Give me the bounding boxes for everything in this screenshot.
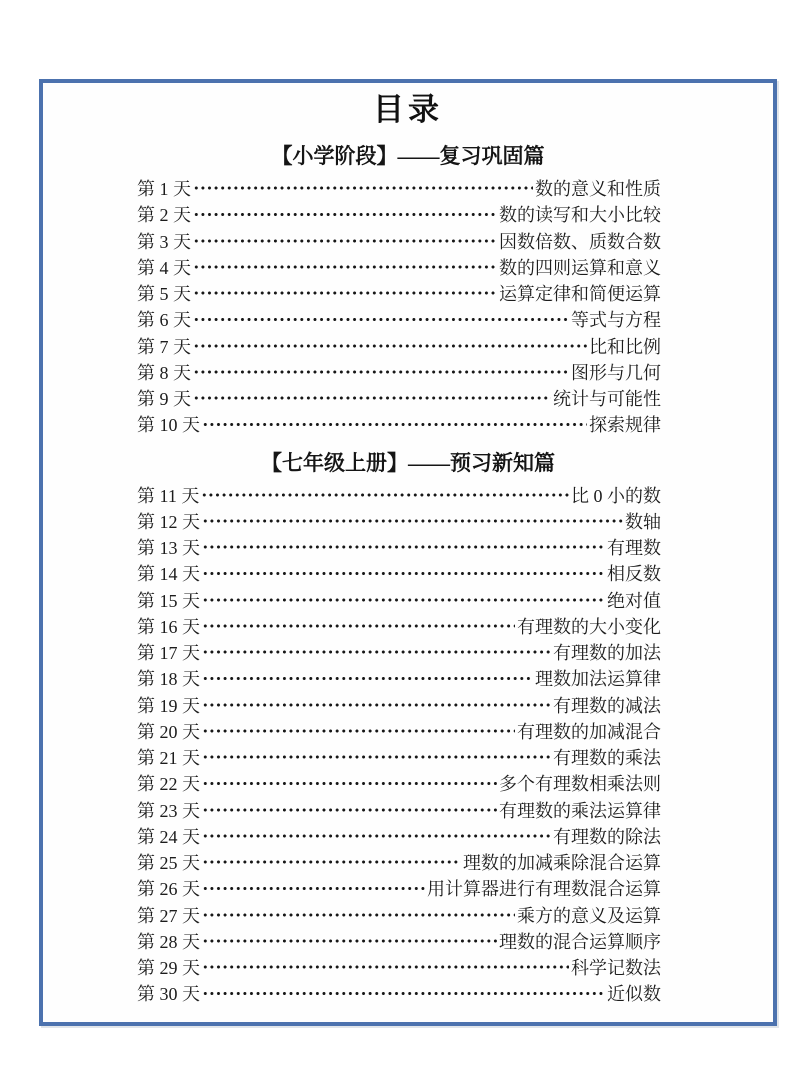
toc-content: 目录 【小学阶段】——复习巩固篇 第 1 天 数的意义和性质 第 2 天 数的读… — [43, 83, 773, 1007]
dot-leader — [202, 665, 533, 691]
toc-entry-day: 第 27 天 — [137, 902, 200, 928]
toc-entry-title: 近似数 — [607, 980, 661, 1006]
toc-entry-day: 第 23 天 — [137, 797, 200, 823]
toc-entry-day: 第 6 天 — [137, 306, 191, 332]
dot-leader — [201, 482, 569, 508]
dot-leader — [193, 359, 569, 385]
toc-entry: 第 2 天 数的读写和大小比较 — [137, 201, 661, 227]
toc-entry-title: 有理数的乘法 — [553, 744, 661, 770]
toc-entry: 第 18 天 理数加法运算律 — [137, 665, 661, 691]
toc-entry-day: 第 13 天 — [137, 534, 200, 560]
section-heading: 【小学阶段】——复习巩固篇 — [43, 141, 773, 171]
dot-leader — [193, 306, 569, 332]
toc-entry-day: 第 2 天 — [137, 201, 191, 227]
toc-entry-day: 第 3 天 — [137, 228, 191, 254]
toc-entry-title: 乘方的意义及运算 — [517, 902, 661, 928]
toc-entry: 第 14 天 相反数 — [137, 560, 661, 586]
toc-entry-title: 探索规律 — [589, 411, 661, 437]
toc-document: 目录 【小学阶段】——复习巩固篇 第 1 天 数的意义和性质 第 2 天 数的读… — [39, 79, 777, 1026]
toc-entry-day: 第 11 天 — [137, 482, 199, 508]
toc-entry-title: 理数的加减乘除混合运算 — [463, 849, 661, 875]
dot-leader — [202, 639, 551, 665]
toc-entry-title: 有理数的乘法运算律 — [499, 797, 661, 823]
toc-entry: 第 5 天 运算定律和简便运算 — [137, 280, 661, 306]
toc-entry: 第 22 天 多个有理数相乘法则 — [137, 770, 661, 796]
toc-entry-title: 图形与几何 — [571, 359, 661, 385]
dot-leader — [202, 411, 587, 437]
dot-leader — [193, 175, 533, 201]
section-heading: 【七年级上册】——预习新知篇 — [43, 448, 773, 478]
dot-leader — [202, 508, 623, 534]
toc-entry-day: 第 20 天 — [137, 718, 200, 744]
dot-leader — [202, 770, 497, 796]
toc-entry-day: 第 19 天 — [137, 692, 200, 718]
dot-leader — [202, 954, 569, 980]
toc-entry: 第 11 天 比 0 小的数 — [137, 482, 661, 508]
toc-entry-day: 第 16 天 — [137, 613, 200, 639]
dot-leader — [202, 980, 605, 1006]
toc-entry-title: 比 0 小的数 — [571, 482, 661, 508]
toc-entry-day: 第 18 天 — [137, 665, 200, 691]
toc-entry-title: 数的读写和大小比较 — [499, 201, 661, 227]
dot-leader — [193, 254, 497, 280]
toc-entry: 第 6 天 等式与方程 — [137, 306, 661, 332]
toc-entry: 第 16 天 有理数的大小变化 — [137, 613, 661, 639]
toc-entry-title: 有理数的减法 — [553, 692, 661, 718]
dot-leader — [202, 613, 515, 639]
toc-entry-day: 第 22 天 — [137, 770, 200, 796]
toc-entry: 第 3 天 因数倍数、质数合数 — [137, 228, 661, 254]
toc-entry-day: 第 12 天 — [137, 508, 200, 534]
dot-leader — [202, 692, 551, 718]
dot-leader — [193, 385, 551, 411]
toc-entry-title: 理数加法运算律 — [535, 665, 661, 691]
toc-entry-title: 理数的混合运算顺序 — [499, 928, 661, 954]
toc-entry: 第 27 天 乘方的意义及运算 — [137, 902, 661, 928]
toc-entry-day: 第 4 天 — [137, 254, 191, 280]
toc-entry-title: 数的四则运算和意义 — [499, 254, 661, 280]
toc-entry-title: 数轴 — [625, 508, 661, 534]
dot-leader — [193, 201, 497, 227]
toc-entry-day: 第 25 天 — [137, 849, 200, 875]
toc-entry-title: 运算定律和简便运算 — [499, 280, 661, 306]
toc-entry-day: 第 9 天 — [137, 385, 191, 411]
toc-entry-title: 因数倍数、质数合数 — [499, 228, 661, 254]
toc-entry: 第 9 天 统计与可能性 — [137, 385, 661, 411]
page-title: 目录 — [43, 89, 773, 131]
toc-entry-day: 第 5 天 — [137, 280, 191, 306]
toc-entry-title: 数的意义和性质 — [535, 175, 661, 201]
toc-entry-title: 多个有理数相乘法则 — [499, 770, 661, 796]
toc-entry-title: 等式与方程 — [571, 306, 661, 332]
toc-entry-title: 相反数 — [607, 560, 661, 586]
toc-entry: 第 26 天 用计算器进行有理数混合运算 — [137, 875, 661, 901]
dot-leader — [202, 849, 461, 875]
toc-entry-day: 第 8 天 — [137, 359, 191, 385]
dot-leader — [202, 744, 551, 770]
section-entries: 第 1 天 数的意义和性质 第 2 天 数的读写和大小比较 第 3 天 因数倍数… — [137, 175, 661, 438]
toc-entry-day: 第 26 天 — [137, 875, 200, 901]
toc-entry: 第 17 天 有理数的加法 — [137, 639, 661, 665]
toc-entry-day: 第 7 天 — [137, 333, 191, 359]
toc-entry-day: 第 1 天 — [137, 175, 191, 201]
toc-entry-title: 有理数的除法 — [553, 823, 661, 849]
toc-entry-title: 有理数的加减混合 — [517, 718, 661, 744]
toc-entry: 第 4 天 数的四则运算和意义 — [137, 254, 661, 280]
dot-leader — [202, 797, 497, 823]
dot-leader — [202, 534, 605, 560]
toc-entry: 第 30 天 近似数 — [137, 980, 661, 1006]
toc-entry: 第 10 天 探索规律 — [137, 411, 661, 437]
dot-leader — [193, 280, 497, 306]
toc-section: 【七年级上册】——预习新知篇 第 11 天 比 0 小的数 第 12 天 数轴 … — [43, 448, 773, 1007]
toc-entry: 第 1 天 数的意义和性质 — [137, 175, 661, 201]
toc-entry-day: 第 17 天 — [137, 639, 200, 665]
toc-entry-day: 第 10 天 — [137, 411, 200, 437]
toc-entry: 第 12 天 数轴 — [137, 508, 661, 534]
dot-leader — [202, 823, 551, 849]
toc-entry: 第 13 天 有理数 — [137, 534, 661, 560]
toc-entry: 第 29 天 科学记数法 — [137, 954, 661, 980]
toc-entry-title: 绝对值 — [607, 587, 661, 613]
toc-entry-day: 第 15 天 — [137, 587, 200, 613]
toc-entry: 第 15 天 绝对值 — [137, 587, 661, 613]
toc-entry: 第 25 天 理数的加减乘除混合运算 — [137, 849, 661, 875]
toc-section: 【小学阶段】——复习巩固篇 第 1 天 数的意义和性质 第 2 天 数的读写和大… — [43, 141, 773, 438]
toc-entry: 第 19 天 有理数的减法 — [137, 692, 661, 718]
toc-entry: 第 20 天 有理数的加减混合 — [137, 718, 661, 744]
toc-entry-title: 统计与可能性 — [553, 385, 661, 411]
toc-entry-title: 科学记数法 — [571, 954, 661, 980]
dot-leader — [202, 875, 425, 901]
toc-entry: 第 28 天 理数的混合运算顺序 — [137, 928, 661, 954]
toc-entry-day: 第 14 天 — [137, 560, 200, 586]
dot-leader — [202, 928, 497, 954]
dot-leader — [202, 587, 605, 613]
toc-entry-title: 比和比例 — [589, 333, 661, 359]
toc-entry-title: 有理数的大小变化 — [517, 613, 661, 639]
toc-entry-day: 第 29 天 — [137, 954, 200, 980]
toc-entry: 第 21 天 有理数的乘法 — [137, 744, 661, 770]
toc-entry-title: 用计算器进行有理数混合运算 — [427, 875, 661, 901]
toc-entry-day: 第 21 天 — [137, 744, 200, 770]
section-entries: 第 11 天 比 0 小的数 第 12 天 数轴 第 13 天 有理数 第 14… — [137, 482, 661, 1007]
dot-leader — [202, 902, 515, 928]
toc-entry-title: 有理数的加法 — [553, 639, 661, 665]
toc-entry: 第 7 天 比和比例 — [137, 333, 661, 359]
toc-entry-day: 第 28 天 — [137, 928, 200, 954]
dot-leader — [202, 718, 515, 744]
dot-leader — [193, 333, 587, 359]
toc-entry: 第 23 天 有理数的乘法运算律 — [137, 797, 661, 823]
dot-leader — [193, 228, 497, 254]
dot-leader — [202, 560, 605, 586]
toc-sections: 【小学阶段】——复习巩固篇 第 1 天 数的意义和性质 第 2 天 数的读写和大… — [43, 141, 773, 1007]
toc-entry-day: 第 30 天 — [137, 980, 200, 1006]
toc-entry-title: 有理数 — [607, 534, 661, 560]
toc-entry-day: 第 24 天 — [137, 823, 200, 849]
toc-entry: 第 8 天 图形与几何 — [137, 359, 661, 385]
toc-entry: 第 24 天 有理数的除法 — [137, 823, 661, 849]
